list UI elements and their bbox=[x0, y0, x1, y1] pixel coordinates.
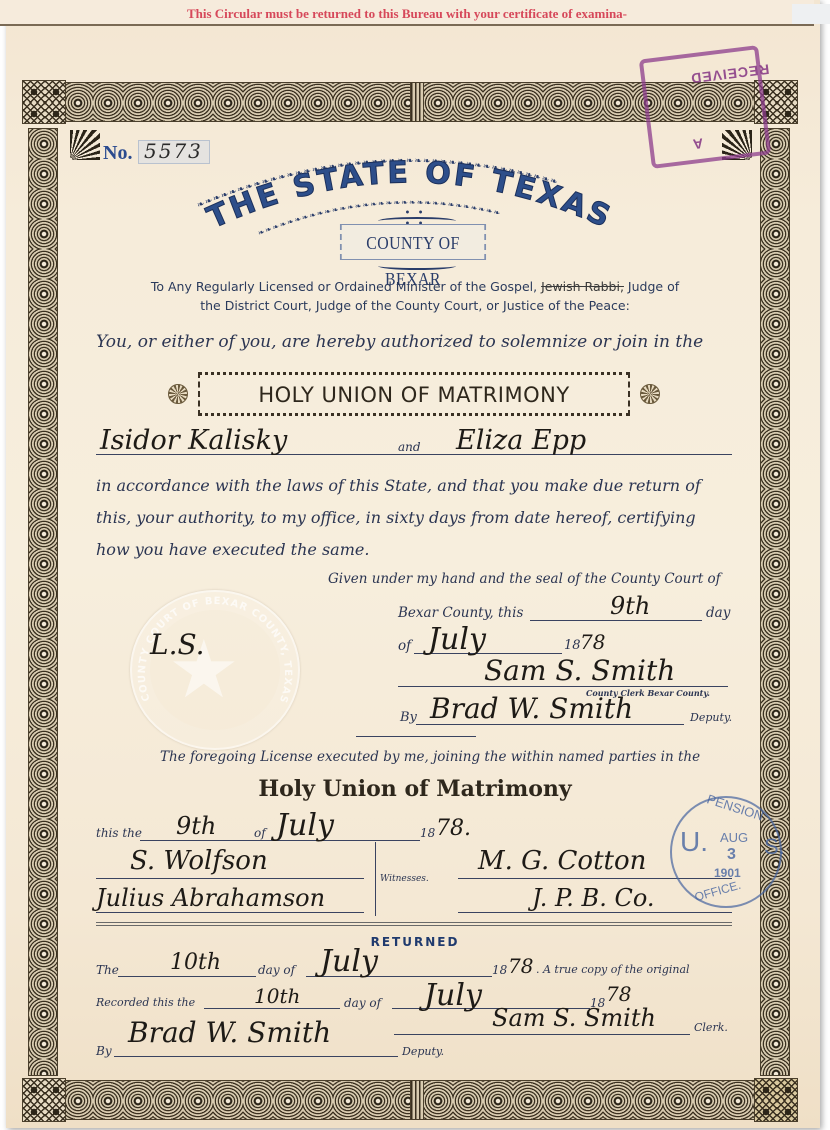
return-day: 9th bbox=[176, 812, 216, 840]
and-label: and bbox=[398, 440, 421, 454]
authorized-text: You, or either of you, are hereby author… bbox=[96, 332, 703, 352]
this-the-label: this the bbox=[96, 826, 142, 840]
postmark-right: S. bbox=[764, 834, 785, 860]
issue-year-prefix: 18 bbox=[564, 638, 581, 653]
witness-1-signature: M. G. Cotton bbox=[478, 846, 646, 876]
recorded-day: 10th bbox=[254, 984, 300, 1008]
by-label: By bbox=[400, 710, 417, 725]
body-line-2: this, your authority, to my office, in s… bbox=[96, 508, 696, 527]
returned-deputy-line bbox=[114, 1056, 398, 1057]
returned-the-label: The bbox=[96, 963, 119, 977]
address-line-1: To Any Regularly Licensed or Ordained Mi… bbox=[90, 279, 740, 294]
seal-initials: L.S. bbox=[150, 628, 205, 661]
recorded-day-line bbox=[204, 1008, 340, 1009]
witness-2-signature: J. P. B. Co. bbox=[532, 884, 654, 912]
bride-name: Eliza Epp bbox=[456, 425, 586, 456]
corner-ornament-icon bbox=[754, 1078, 798, 1122]
body-line-1: in accordance with the laws of this Stat… bbox=[96, 476, 701, 495]
header-notice: This Circular must be returned to this B… bbox=[0, 6, 814, 22]
struck-jewish-rabbi: Jewish Rabbi, bbox=[541, 279, 624, 294]
returned-year-suffix: 78 bbox=[508, 954, 533, 978]
witness-2-line bbox=[458, 912, 732, 913]
foregoing-text: The foregoing License executed by me, jo… bbox=[160, 749, 700, 765]
corner-ornament-icon bbox=[22, 1078, 66, 1122]
returned-clerk-label: Clerk. bbox=[694, 1021, 728, 1034]
address-line-1-end: Judge of bbox=[628, 279, 679, 294]
recorded-day-of-label: day of bbox=[344, 996, 381, 1010]
returned-clerk-line bbox=[394, 1034, 690, 1035]
returned-clerk-signature: Sam S. Smith bbox=[492, 1004, 656, 1032]
body-line-3: how you have executed the same. bbox=[96, 540, 369, 559]
returned-deputy-label: Deputy. bbox=[402, 1045, 444, 1058]
received-stamp-text-2: A bbox=[692, 135, 704, 152]
county-label: COUNTY OF BEXAR bbox=[340, 224, 486, 260]
recorded-year-suffix: 78 bbox=[606, 982, 631, 1006]
officiant-signature: S. Wolfson bbox=[130, 846, 268, 876]
sunburst-fan-icon bbox=[70, 130, 100, 160]
ornamental-border-right bbox=[760, 128, 790, 1076]
witness-brace bbox=[370, 842, 376, 916]
returned-day: 10th bbox=[170, 950, 221, 975]
section-divider bbox=[356, 736, 476, 737]
address-line-2: the District Court, Judge of the County … bbox=[90, 298, 740, 313]
bexar-county-this-label: Bexar County, this bbox=[398, 605, 523, 621]
flourish-ornament-icon bbox=[378, 262, 456, 270]
section-divider-double bbox=[96, 925, 732, 926]
of-label: of bbox=[398, 638, 411, 654]
license-number-label: No. bbox=[103, 142, 132, 165]
given-under-hand-text: Given under my hand and the seal of the … bbox=[328, 571, 721, 587]
returned-day-line bbox=[118, 976, 256, 977]
officiant-line bbox=[96, 878, 364, 879]
deputy-label: Deputy. bbox=[690, 711, 732, 724]
recorded-label: Recorded this the bbox=[96, 996, 195, 1009]
postmark-left: U. bbox=[680, 826, 708, 858]
deputy-signature: Brad W. Smith bbox=[430, 692, 633, 725]
return-year-prefix: 18 bbox=[420, 826, 435, 840]
issue-year-suffix: 78 bbox=[580, 630, 605, 654]
returned-deputy-signature: Brad W. Smith bbox=[128, 1016, 331, 1049]
returned-heading: RETURNED bbox=[0, 935, 830, 949]
officiant-signature-2: Julius Abrahamson bbox=[96, 884, 325, 912]
return-month: July bbox=[276, 808, 334, 843]
returned-by-label: By bbox=[96, 1044, 112, 1058]
rosette-icon bbox=[168, 384, 188, 404]
true-copy-text: . A true copy of the original bbox=[536, 963, 690, 976]
border-knot-icon bbox=[410, 1080, 424, 1120]
return-year-suffix: 78. bbox=[436, 816, 471, 841]
rosette-icon bbox=[640, 384, 660, 404]
ornamental-border-bottom bbox=[62, 1080, 756, 1120]
holy-union-title: HOLY UNION OF MATRIMONY bbox=[198, 372, 630, 416]
address-line-1-text: To Any Regularly Licensed or Ordained Mi… bbox=[151, 279, 537, 294]
postmark-day: 3 bbox=[727, 846, 736, 864]
corner-ornament-icon bbox=[22, 80, 66, 124]
ornamental-border-left bbox=[28, 128, 58, 1076]
returned-year-prefix: 18 bbox=[492, 963, 507, 977]
returned-day-of-label: day of bbox=[258, 963, 295, 977]
groom-name: Isidor Kalisky bbox=[100, 425, 287, 456]
issue-day: 9th bbox=[610, 592, 650, 620]
day-label: day bbox=[706, 605, 730, 621]
border-knot-icon bbox=[410, 82, 424, 122]
witnesses-label: Witnesses. bbox=[380, 874, 429, 884]
return-of-label: of bbox=[254, 826, 266, 840]
holy-union-subtitle: Holy Union of Matrimony bbox=[0, 776, 830, 802]
clerk-signature-line bbox=[398, 686, 728, 687]
officiant-line-2 bbox=[96, 912, 364, 913]
issue-day-line bbox=[530, 620, 702, 621]
issue-month: July bbox=[428, 622, 486, 657]
section-divider-double bbox=[96, 922, 732, 923]
postmark-month: AUG bbox=[720, 830, 748, 845]
recorded-month: July bbox=[424, 978, 482, 1013]
paper-tab bbox=[792, 4, 830, 24]
clerk-signature: Sam S. Smith bbox=[484, 654, 675, 687]
returned-month: July bbox=[320, 944, 378, 979]
